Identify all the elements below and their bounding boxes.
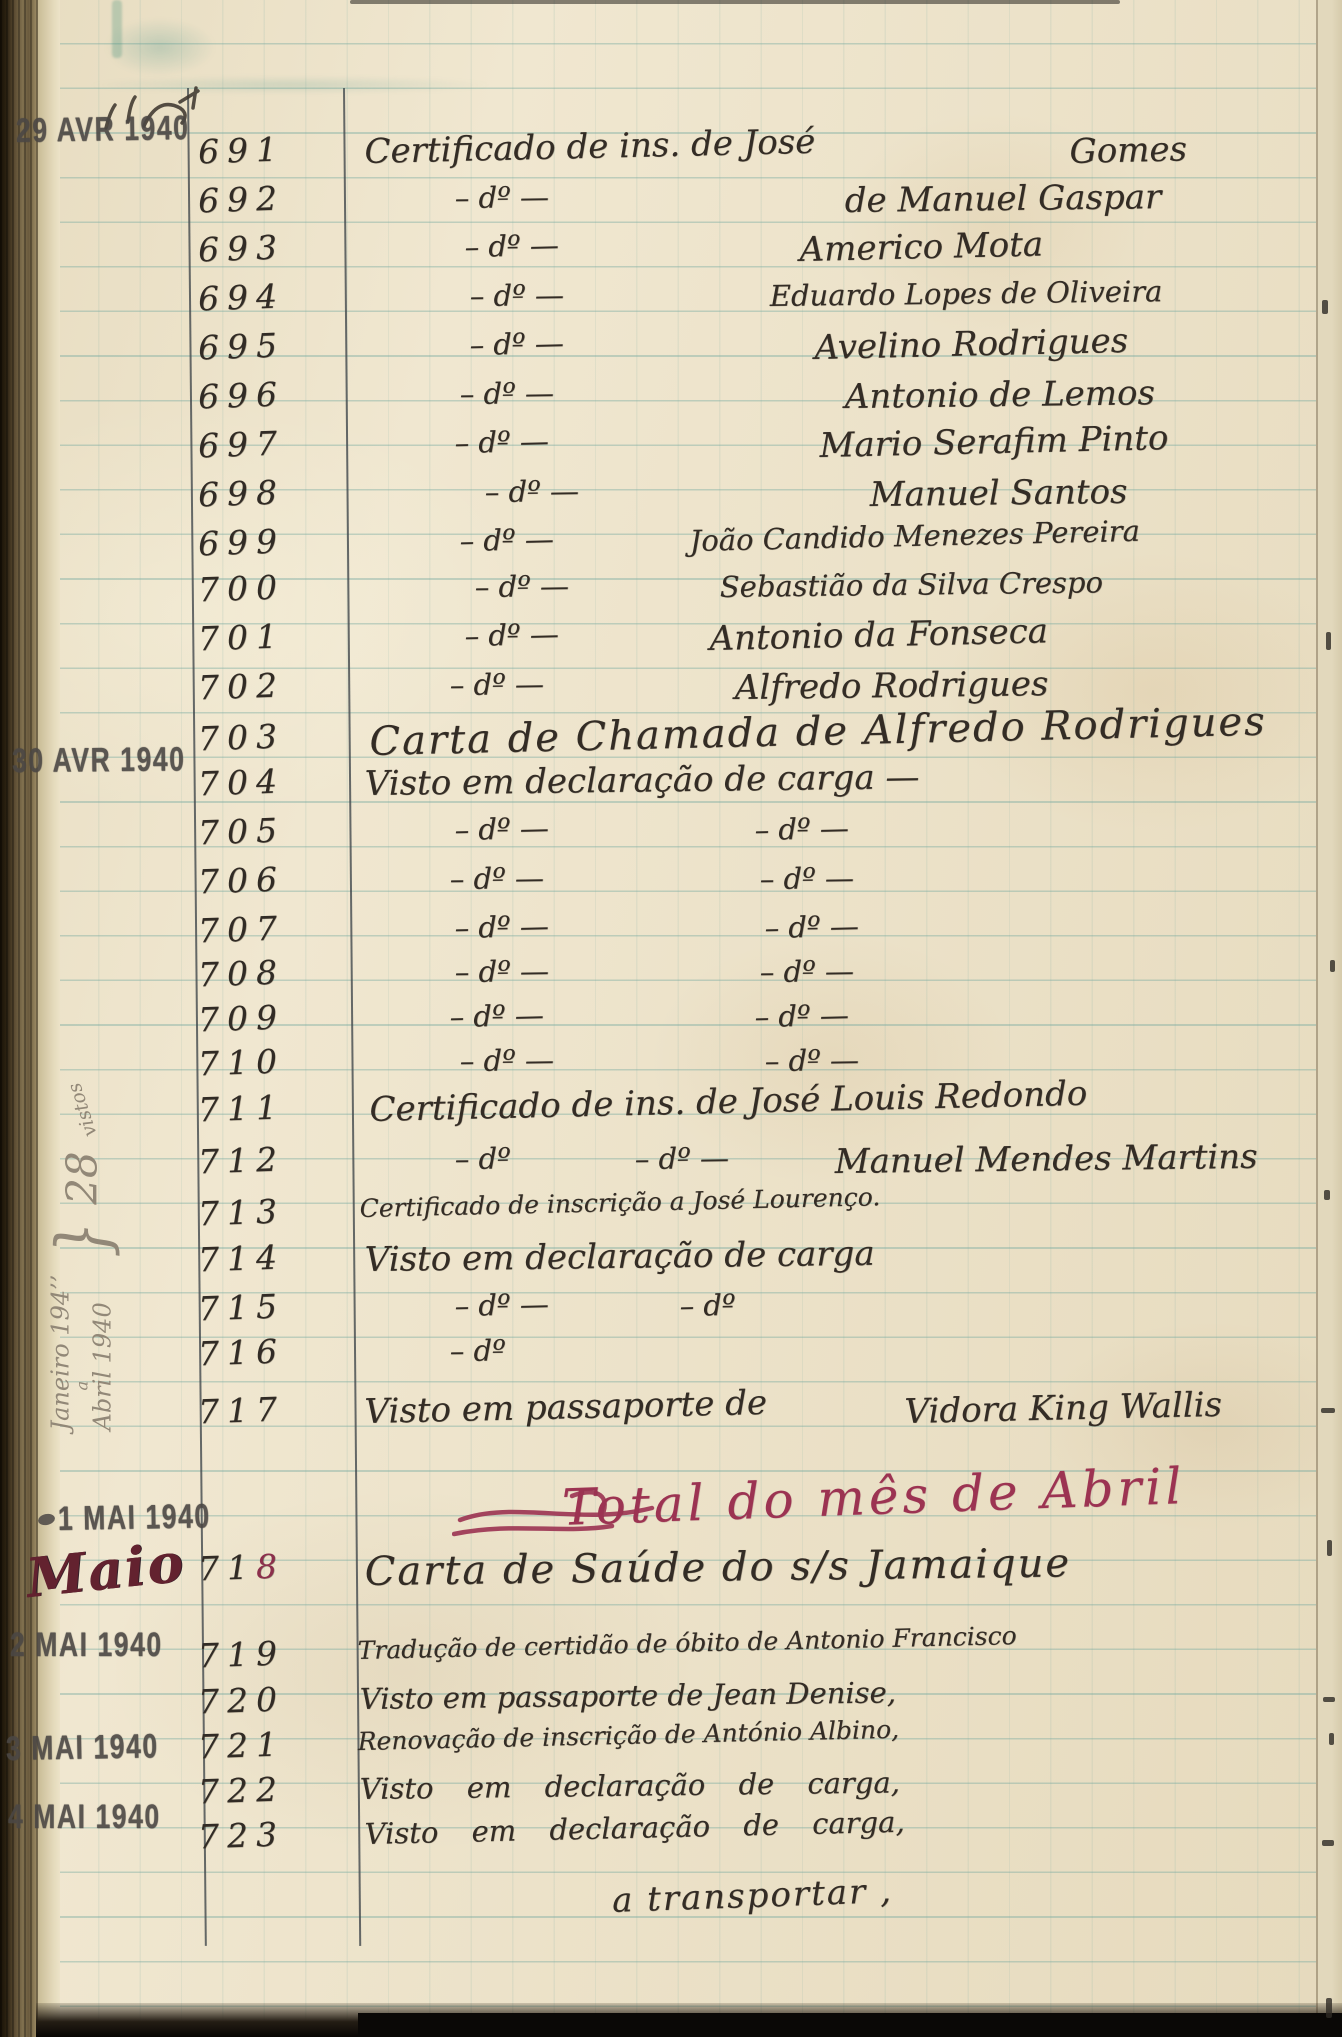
entry-number: 706 [197, 858, 338, 902]
ditto-mark: – dº — [454, 811, 549, 847]
entry-number: 700 [197, 566, 338, 610]
ditto-mark: – dº [450, 1333, 506, 1368]
entry-text: Visto em declaração de carga, [360, 1765, 900, 1806]
entry-number: 705 [197, 809, 338, 853]
entry-number: 708 [197, 951, 338, 995]
entry-number: 695 [197, 324, 338, 368]
next-page-ink-mark [1326, 632, 1331, 650]
ditto-mark: – dº — [454, 424, 549, 460]
ditto-mark: – dº — [460, 376, 555, 411]
entry-number: 691 [197, 128, 338, 172]
entry-text: Visto em declaração de carga — [365, 757, 920, 804]
entry-number: 697 [197, 422, 338, 466]
register-row: 716– dº [0, 1330, 1342, 1378]
ditto-mark: – dº — [454, 1287, 549, 1323]
entry-number: 723 [197, 1813, 338, 1857]
register-row: 719Tradução de certidão de óbito de Anto… [0, 1632, 1342, 1680]
entry-number: 717 [197, 1388, 338, 1432]
entry-number: 719 [197, 1632, 338, 1676]
ditto-mark: – dº [455, 1141, 511, 1176]
entry-text: Alfredo Rodrigues [735, 664, 1049, 708]
next-page-ink-mark [1322, 1840, 1334, 1846]
entry-text: Manuel Santos [870, 472, 1128, 515]
register-row: 712– dº– dº —Manuel Mendes Martins [0, 1138, 1342, 1186]
next-page-ink-mark [1324, 1190, 1330, 1200]
register-row: 703Carta de Chamada de Alfredo Rodrigues [0, 715, 1342, 763]
register-row: 699– dº —João Candido Menezes Pereira [0, 520, 1342, 568]
ditto-mark: – dº — [449, 998, 544, 1034]
register-row: 714Visto em declaração de carga [0, 1236, 1342, 1284]
register-row: 717Visto em passaporte deVidora King Wal… [0, 1388, 1342, 1436]
entry-number: 713 [197, 1190, 338, 1234]
entry-text: Visto em passaporte de Jean Denise, [360, 1675, 897, 1716]
entry-text: Visto em declaração de carga [365, 1234, 875, 1280]
next-page-ink-mark [1327, 1540, 1332, 1556]
register-row: 693– dº —Americo Mota [0, 226, 1342, 274]
register-row: 707– dº —– dº — [0, 907, 1342, 955]
entry-number: 722 [197, 1768, 338, 1812]
register-row: 718Carta de Saúde do s/s Jamaique [0, 1545, 1342, 1593]
ditto-mark: – dº — [455, 954, 550, 989]
entry-text: Gomes [1069, 129, 1187, 172]
register-row: 701– dº —Antonio da Fonseca [0, 615, 1342, 663]
next-page-ink-mark [1326, 1998, 1332, 2018]
ditto-mark: – dº — [469, 326, 564, 362]
register-row: 715– dº —– dº [0, 1285, 1342, 1333]
register-row: 708– dº —– dº — [0, 951, 1342, 999]
entry-number: 718 [197, 1545, 338, 1589]
ditto-mark: – dº — [754, 811, 849, 847]
entry-number: 721 [197, 1723, 338, 1767]
register-row: 704Visto em declaração de carga — [0, 760, 1342, 808]
entry-number: 701 [197, 615, 338, 659]
register-row: 696– dº —Antonio de Lemos [0, 373, 1342, 421]
register-row: 705– dº —– dº — [0, 809, 1342, 857]
entry-number: 704 [197, 760, 338, 804]
ditto-mark: – dº — [450, 861, 545, 896]
register-row: 709– dº —– dº — [0, 996, 1342, 1044]
next-page-ink-mark [1330, 960, 1335, 972]
entry-number: 692 [197, 177, 338, 221]
register-row: 713Certificado de inscrição a José Loure… [0, 1190, 1342, 1238]
register-row: 694– dº —Eduardo Lopes de Oliveira [0, 275, 1342, 323]
entry-text: Americo Mota [799, 224, 1043, 270]
ditto-mark: – dº — [760, 954, 855, 989]
entry-number: 711 [197, 1086, 338, 1130]
register-row: 695– dº —Avelino Rodrigues [0, 324, 1342, 372]
register-row: 692– dº —de Manuel Gaspar [0, 177, 1342, 225]
next-page-ink-mark [1323, 1697, 1335, 1702]
ditto-mark: – dº — [760, 861, 855, 896]
entry-text: Mario Serafim Pinto [819, 418, 1169, 466]
entry-number: 698 [197, 471, 338, 515]
entry-number: 712 [197, 1138, 338, 1182]
entry-text: Avelino Rodrigues [814, 321, 1128, 368]
ditto-mark: – dº — [470, 278, 565, 313]
ditto-mark: – dº — [450, 667, 545, 702]
register-row: 697– dº —Mario Serafim Pinto [0, 422, 1342, 470]
ditto-mark: – dº — [455, 180, 550, 215]
next-page-ink-mark [1329, 1733, 1334, 1745]
entry-text: de Manuel Gaspar [845, 177, 1162, 221]
entry-number: 699 [197, 520, 338, 564]
next-page-ink-mark [1322, 300, 1328, 314]
entry-number: 696 [197, 373, 338, 417]
ditto-mark: – dº — [754, 998, 849, 1034]
entry-text: Visto em passaporte de [364, 1383, 767, 1432]
register-row: 706– dº —– dº — [0, 858, 1342, 906]
entry-text: Antonio de Lemos [845, 373, 1156, 417]
register-row: 721Renovação de inscrição de António Alb… [0, 1723, 1342, 1771]
ditto-mark: – dº — [459, 522, 554, 558]
ditto-mark: – dº — [764, 909, 859, 945]
entry-text: Sebastião da Silva Crespo [720, 565, 1104, 604]
register-row: 700– dº —Sebastião da Silva Crespo [0, 566, 1342, 614]
entry-number: 707 [197, 907, 338, 951]
ditto-mark: – dº — [475, 569, 570, 604]
entry-number-red-digit: 8 [255, 1546, 285, 1586]
ditto-mark: – dº — [454, 909, 549, 945]
register-row: 720Visto em passaporte de Jean Denise, [0, 1678, 1342, 1726]
entry-number: 710 [197, 1040, 338, 1084]
entry-text: Vidora King Wallis [904, 1385, 1222, 1432]
entry-number: 694 [197, 275, 338, 319]
ditto-mark: – dº [679, 1288, 736, 1323]
page-top-shadow [350, 0, 1120, 4]
ditto-mark: – dº — [635, 1141, 730, 1176]
next-page-ink-mark [1321, 1408, 1335, 1413]
register-row: 710– dº —– dº — [0, 1040, 1342, 1088]
entry-text: Eduardo Lopes de Oliveira [770, 274, 1163, 313]
entry-text: Antonio da Fonseca [709, 611, 1048, 659]
register-row: 723Visto em declaração de carga, [0, 1813, 1342, 1861]
register-row: 722Visto em declaração de carga, [0, 1768, 1342, 1816]
entry-number: 716 [197, 1330, 338, 1374]
page-bottom-dark-strip [358, 2013, 1342, 2037]
entry-number: 715 [197, 1285, 338, 1329]
entry-number: 693 [197, 226, 338, 270]
register-row: 711Certificado de ins. de José Louis Red… [0, 1086, 1342, 1134]
ditto-mark: – dº — [464, 617, 559, 653]
entry-number: 714 [197, 1236, 338, 1280]
register-row: 691Certificado de ins. de JoséGomes [0, 128, 1342, 176]
ledger-page: 29 AVR 194030 AVR 19401 MAI 19402 MAI 19… [0, 0, 1342, 2037]
entry-number: 720 [197, 1678, 338, 1722]
entry-text: João Candido Menezes Pereira [689, 514, 1140, 558]
entry-number: 702 [197, 664, 338, 708]
entry-number: 703 [197, 715, 338, 759]
ditto-mark: – dº — [485, 474, 580, 509]
entry-number: 709 [197, 996, 338, 1040]
ditto-mark: – dº — [765, 1043, 860, 1078]
date-stamp: 1 MAI 1940 [58, 1497, 211, 1539]
register-row: 698– dº —Manuel Santos [0, 471, 1342, 519]
ditto-mark: – dº — [460, 1043, 555, 1078]
entry-text: Certificado de ins. de José [364, 122, 816, 172]
entry-text: Manuel Mendes Martins [835, 1137, 1258, 1182]
ditto-mark: – dº — [464, 228, 559, 264]
